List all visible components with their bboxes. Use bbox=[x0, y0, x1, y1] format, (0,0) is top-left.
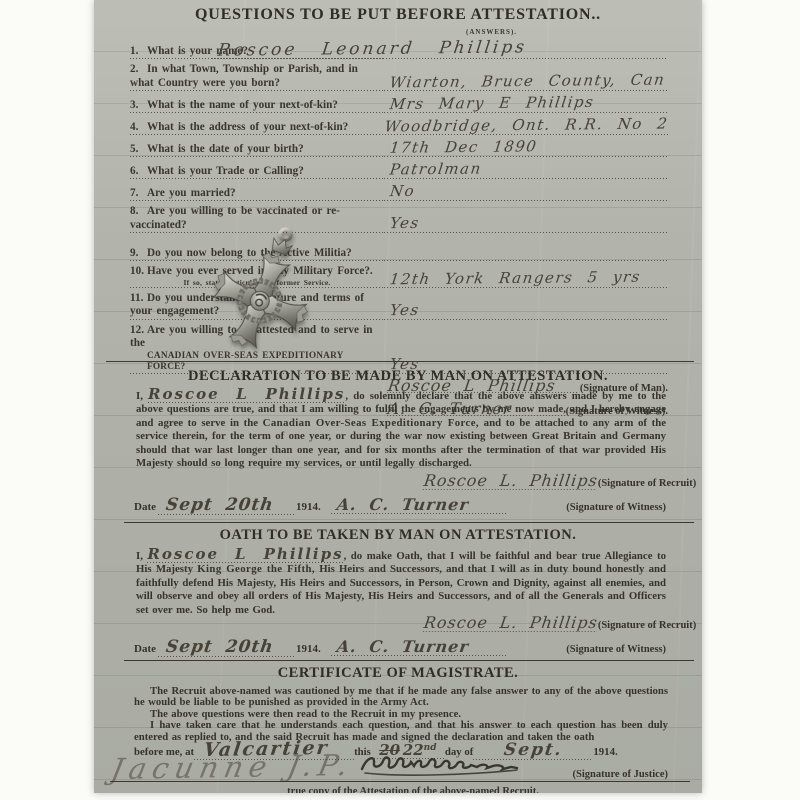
oath-lead: I, bbox=[136, 550, 143, 562]
recruit-signature-label: (Signature of Recruit) bbox=[598, 478, 696, 489]
answer-field: Yes bbox=[384, 215, 668, 233]
answer-field: Patrolman bbox=[384, 161, 668, 179]
question-number: 6. bbox=[130, 165, 147, 179]
question-row: 2.In what Town, Township or Parish, and … bbox=[130, 63, 668, 91]
answer-handwriting: Mrs Mary E Phillips bbox=[389, 95, 595, 111]
answer-field: Woodbridge, Ont. R.R. No 2 bbox=[379, 117, 668, 135]
question-number: 10. bbox=[130, 265, 147, 279]
attestation-paper: QUESTIONS TO BE PUT BEFORE ATTESTATION..… bbox=[94, 0, 702, 793]
declaration-lead: I, bbox=[136, 390, 143, 402]
date-value-handwritten: Sept 20th bbox=[158, 637, 294, 657]
question-number: 3. bbox=[130, 99, 147, 113]
oath-king-name: King George the Fifth, bbox=[197, 563, 315, 575]
question-text: In what Town, Township or Parish, and in… bbox=[130, 63, 358, 89]
answer-field: 12th York Rangers 5 yrs bbox=[384, 270, 668, 288]
witness-handwriting: A. C. Turner bbox=[335, 637, 470, 656]
magistrate-heading: CERTIFICATE OF MAGISTRATE. bbox=[94, 665, 702, 682]
declaration-paragraph: I, Roscoe L Phillips, do solemnly declar… bbox=[136, 388, 666, 470]
oath-name-handwritten: Roscoe L Phillips bbox=[147, 545, 343, 563]
oath-paragraph: I, Roscoe L Phillips, do make Oath, that… bbox=[136, 548, 666, 617]
date-label: Date bbox=[134, 501, 156, 513]
date-handwriting: Sept 20th bbox=[165, 495, 275, 515]
answer-handwriting: Roscoe Leonard Phillips bbox=[217, 40, 528, 57]
answer-handwriting: Woodbridge, Ont. R.R. No 2 bbox=[384, 117, 669, 134]
answer-field: Yes bbox=[384, 302, 668, 320]
question-row: 4.What is the address of your next-of-ki… bbox=[130, 117, 668, 135]
date-value-handwritten: Sept 20th bbox=[158, 495, 294, 515]
question-number: 1. bbox=[130, 45, 147, 59]
question-text: What is the name of your next-of-kin? bbox=[147, 99, 338, 111]
date-handwriting: Sept 20th bbox=[165, 637, 275, 657]
oath-date-row: Date Sept 20th 1914. A. C. Turner (Signa… bbox=[134, 637, 666, 657]
question-cell: 7.Are you married? bbox=[130, 187, 384, 202]
recruit-signature: Roscoe L. Phillips bbox=[423, 613, 599, 632]
question-cell: 2.In what Town, Township or Parish, and … bbox=[130, 63, 384, 91]
question-number: 7. bbox=[130, 187, 147, 201]
question-row: 8.Are you willing to be vaccinated or re… bbox=[130, 205, 668, 233]
witness-signature: A. C. Turner bbox=[331, 637, 507, 656]
question-number: 11. bbox=[130, 292, 147, 306]
answer-handwriting: 17th Dec 1890 bbox=[389, 139, 538, 155]
declaration-recruit-signature-row: Roscoe L. Phillips (Signature of Recruit… bbox=[424, 471, 666, 490]
declaration-heading: DECLARATION TO BE MADE BY MAN ON ATTESTA… bbox=[94, 368, 702, 385]
question-cell: 3.What is the name of your next-of-kin? bbox=[130, 99, 384, 114]
witness-signature-label: (Signature of Witness) bbox=[566, 502, 666, 513]
witness-handwriting: A. C. Turner bbox=[335, 495, 470, 514]
question-row: 9.Do you now belong to the Active Militi… bbox=[130, 243, 668, 261]
declaration-date-row: Date Sept 20th 1914. A. C. Turner (Signa… bbox=[134, 495, 666, 515]
declaration-name-handwritten: Roscoe L Phillips bbox=[148, 385, 345, 403]
answer-handwriting: Yes bbox=[389, 216, 421, 230]
oath-recruit-signature-row: Roscoe L. Phillips (Signature of Recruit… bbox=[424, 613, 666, 632]
answer-field: Wiarton, Bruce County, Can bbox=[384, 73, 668, 91]
declaration-force-name: Canadian Over-Seas Expeditionary Force, bbox=[263, 417, 479, 429]
question-cell: 6.What is your Trade or Calling? bbox=[130, 165, 384, 180]
witness-signature-label: (Signature of Witness) bbox=[566, 644, 666, 655]
section-rule bbox=[106, 361, 694, 362]
section-rule bbox=[124, 522, 694, 523]
oath-heading: OATH TO BE TAKEN BY MAN ON ATTESTATION. bbox=[94, 527, 702, 544]
justice-signature-row: Jacunne J.P. (Signature of Justice) bbox=[112, 750, 668, 784]
question-row: 3.What is the name of your next-of-kin?M… bbox=[130, 95, 668, 113]
date-label: Date bbox=[134, 643, 156, 655]
answer-handwriting: Wiarton, Bruce County, Can bbox=[389, 73, 666, 90]
answer-handwriting: No bbox=[389, 184, 416, 198]
question-number: 2. bbox=[130, 63, 147, 77]
question-cell: 4.What is the address of your next-of-ki… bbox=[130, 121, 379, 136]
justice-signature-scribble bbox=[359, 753, 524, 777]
answer-handwriting: Yes bbox=[389, 302, 421, 316]
question-number: 9. bbox=[130, 247, 147, 261]
questions-list: 1.What is your name?Roscoe Leonard Phill… bbox=[130, 41, 668, 420]
magistrate-para1: The Recruit above-named was cautioned by… bbox=[134, 686, 668, 709]
question-text: What is the address of your next-of-kin? bbox=[147, 121, 348, 133]
magistrate-paragraphs: The Recruit above-named was cautioned by… bbox=[134, 686, 668, 743]
answer-field: No bbox=[384, 183, 668, 201]
question-row: 1.What is your name?Roscoe Leonard Phill… bbox=[130, 41, 668, 59]
section-rule bbox=[124, 660, 694, 661]
question-number: 12. bbox=[130, 324, 147, 338]
answer-field bbox=[384, 243, 668, 261]
footer-partial-line: true copy of the Attestation of the abov… bbox=[144, 786, 682, 793]
question-number: 5. bbox=[130, 143, 147, 157]
suspension-ring-icon bbox=[278, 227, 293, 242]
answer-field: Roscoe Leonard Phillips bbox=[212, 41, 668, 59]
question-number: 4. bbox=[130, 121, 147, 135]
question-text: Are you married? bbox=[147, 187, 236, 199]
witness-signature: A. C. Turner bbox=[331, 495, 507, 514]
recruit-signature: Roscoe L. Phillips bbox=[423, 471, 599, 490]
section-rule bbox=[110, 781, 690, 782]
justice-signature-label: (Signature of Justice) bbox=[573, 769, 668, 780]
answers-column-label: (ANSWERS). bbox=[466, 28, 517, 36]
answer-field: 17th Dec 1890 bbox=[384, 139, 668, 157]
question-text: What is the date of your birth? bbox=[147, 143, 304, 155]
question-row: 7.Are you married?No bbox=[130, 183, 668, 201]
page-title: QUESTIONS TO BE PUT BEFORE ATTESTATION.. bbox=[94, 6, 702, 24]
answer-field: Mrs Mary E Phillips bbox=[384, 95, 668, 113]
question-number: 8. bbox=[130, 205, 147, 219]
question-row: 6.What is your Trade or Calling?Patrolma… bbox=[130, 161, 668, 179]
recruit-signature-label: (Signature of Recruit) bbox=[598, 620, 696, 631]
answer-handwriting: Patrolman bbox=[389, 162, 483, 177]
question-cell: 5.What is the date of your birth? bbox=[130, 143, 384, 158]
year-label: 1914. bbox=[296, 501, 321, 513]
year-label: 1914. bbox=[296, 643, 321, 655]
answer-handwriting: 12th York Rangers 5 yrs bbox=[389, 269, 642, 286]
question-row: 5.What is the date of your birth?17th De… bbox=[130, 139, 668, 157]
question-text: What is your Trade or Calling? bbox=[147, 165, 304, 177]
